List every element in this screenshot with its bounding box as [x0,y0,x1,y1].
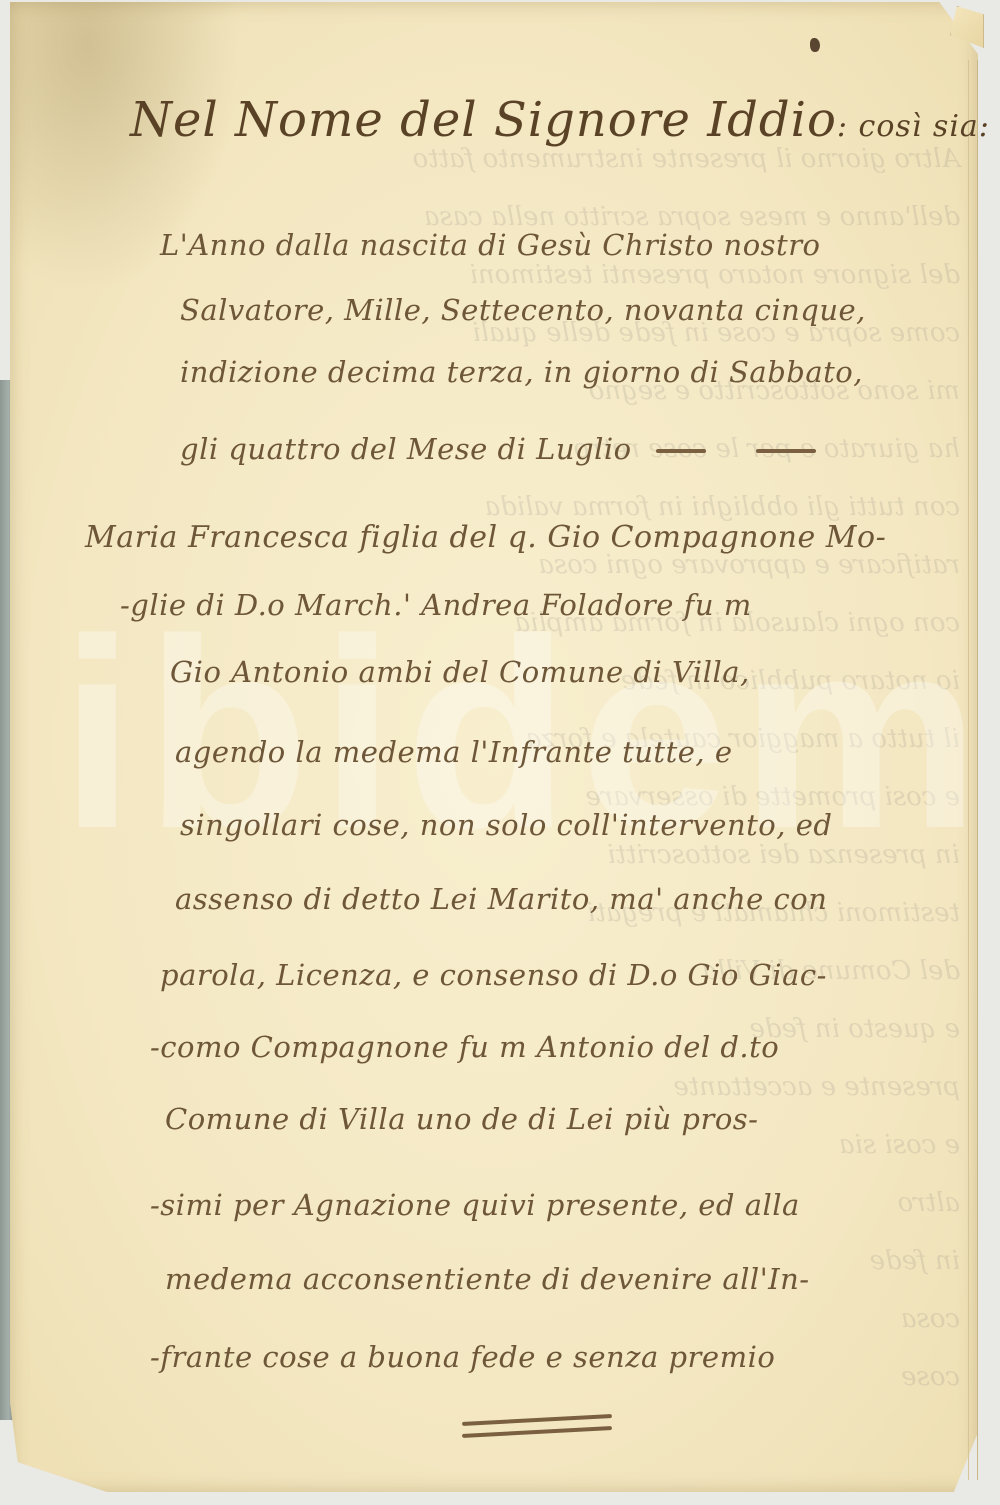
text-line: parola, Licenza, e consenso di D.o Gio G… [160,958,827,992]
text-line: L'Anno dalla nascita di Gesù Christo nos… [160,228,821,262]
text-line: singollari cose, non solo coll'intervent… [180,808,832,842]
text-line: agendo la medema l'Infrante tutte, e [175,735,733,769]
text-line: -simi per Agnazione quivi presente, ed a… [150,1188,800,1222]
flourish-stroke [462,1414,612,1426]
text-line: Salvatore, Mille, Settecento, novanta ci… [180,293,866,327]
dash-mark [756,449,816,453]
closing-flourish [462,1418,612,1442]
text-line: indizione decima terza, in giorno di Sab… [180,355,863,389]
heading-main: Nel Nome del Signore Iddio [130,92,837,148]
dash-mark [656,449,706,453]
text-line: -como Compagnone fu m Antonio del d.to [150,1030,779,1064]
text-line: -glie di D.o March.' Andrea Foladore fu … [120,588,752,622]
text-line: assenso di detto Lei Marito, ma' anche c… [175,882,827,916]
text-line-content: gli quattro del Mese di Luglio [180,432,632,466]
invocation-heading: Nel Nome del Signore Iddio: così sia: [130,92,990,148]
flourish-stroke [462,1426,612,1438]
text-line: Gio Antonio ambi del Comune di Villa, [170,655,750,689]
text-line: Comune di Villa uno de di Lei più pros- [165,1102,758,1136]
text-line: Maria Francesca figlia del q. Gio Compag… [85,520,886,555]
heading-trail: : così sia: [837,109,990,144]
text-line: medema acconsentiente di devenire all'In… [165,1262,810,1296]
text-line: -frante cose a buona fede e senza premio [150,1340,775,1374]
manuscript-text: Nel Nome del Signore Iddio: così sia: L'… [0,0,1000,1505]
text-line: gli quattro del Mese di Luglio [180,432,816,466]
